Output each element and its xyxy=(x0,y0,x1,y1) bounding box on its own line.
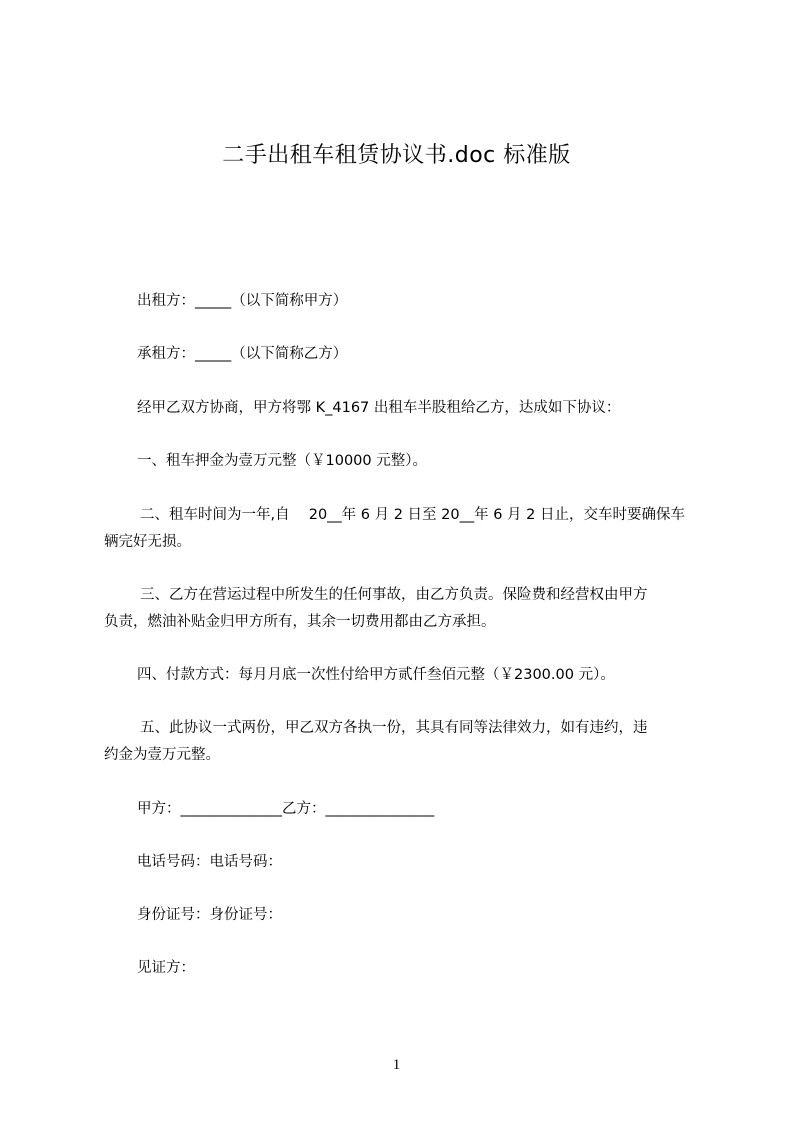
phone-line: 电话号码：电话号码： xyxy=(137,852,282,872)
document-page: 二手出租车租赁协议书.doc 标准版 出租方：_____（以下简称甲方） 承租方… xyxy=(0,0,793,1122)
party-signature-line: 甲方：______________乙方：_______________ xyxy=(137,799,434,819)
clause-2-line-1: 二、租车时间为一年,自 20__年 6 月 2 日至 20__年 6 月 2 日… xyxy=(140,505,685,525)
id-number-line: 身份证号：身份证号： xyxy=(137,905,282,925)
clause-2-line-2: 辆完好无损。 xyxy=(104,532,191,552)
clause-3-line-1: 三、乙方在营运过程中所发生的任何事故，由乙方负责。保险费和经营权由甲方 xyxy=(140,585,648,605)
clause-1: 一、租车押金为壹万元整（￥10000 元整）。 xyxy=(137,451,427,471)
lessor-line: 出租方：_____（以下简称甲方） xyxy=(137,291,347,311)
document-title: 二手出租车租赁协议书.doc 标准版 xyxy=(0,140,793,172)
intro-paragraph: 经甲乙双方协商，甲方将鄂 K_4167 出租车半股租给乙方，达成如下协议： xyxy=(137,398,620,418)
witness-line: 见证方： xyxy=(137,958,195,978)
clause-5-line-1: 五、此协议一式两份，甲乙双方各执一份，其具有同等法律效力，如有违约，违 xyxy=(140,718,648,738)
lessee-line: 承租方：_____（以下简称乙方） xyxy=(137,344,347,364)
page-number: 1 xyxy=(0,1055,793,1075)
clause-4: 四、付款方式：每月月底一次性付给甲方贰仟叁佰元整（￥2300.00 元）。 xyxy=(137,665,615,685)
clause-3-line-2: 负责，燃油补贴金归甲方所有，其余一切费用都由乙方承担。 xyxy=(104,612,496,632)
clause-5-line-2: 约金为壹万元整。 xyxy=(104,745,220,765)
